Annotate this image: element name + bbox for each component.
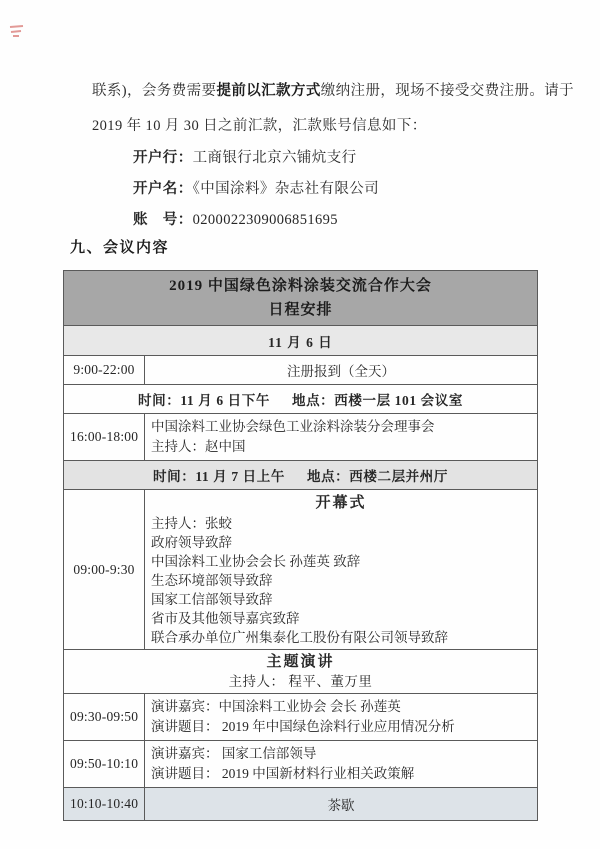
bank-row-account: 账 号：0200022309006851695	[133, 205, 379, 236]
opening-speech-2: 中国涂料工业协会会长 孙莲英 致辞	[151, 552, 531, 571]
document-page: 联系)，会务费需要提前以汇款方式缴纳注册，现场不接受交费注册。请于 2019 年…	[0, 0, 600, 849]
bank-name-label: 开户名：	[133, 181, 193, 197]
opening-host: 主持人：张蛟	[151, 514, 531, 533]
talk2-time: 09:50-10:10	[64, 741, 145, 788]
session2-info-cell: 时间：11 月 7 日上午 地点：西楼二层并州厅	[64, 461, 538, 490]
council-cell: 中国涂料工业协会绿色工业涂料涂装分会理事会 主持人：赵中国	[145, 414, 538, 461]
bank-branch-value: 工商银行北京六铺炕支行	[193, 150, 357, 166]
talk2-cell: 演讲嘉宾： 国家工信部领导 演讲题目： 2019 中国新材料行业相关政策解	[145, 741, 538, 788]
bank-row-branch: 开户行：工商银行北京六铺炕支行	[133, 143, 379, 174]
conference-title: 2019 中国绿色涂料涂装交流合作大会	[70, 274, 531, 298]
session1-info-cell: 时间：11 月 6 日下午 地点：西楼一层 101 会议室	[64, 385, 538, 414]
session1-place-label: 地点：西楼一层 101 会议室	[292, 389, 463, 409]
opening-speech-5: 省市及其他领导嘉宾致辞	[151, 609, 531, 628]
agenda-subtitle: 日程安排	[70, 298, 531, 322]
intro-paragraph: 联系)，会务费需要提前以汇款方式缴纳注册，现场不接受交费注册。请于 2019 年…	[92, 74, 562, 144]
session2-place-label: 地点：西楼二层并州厅	[307, 465, 448, 485]
intro-line1-post: 缴纳注册，现场不接受交费注册。请于	[321, 83, 574, 99]
opening-cell: 开幕式 主持人：张蛟 政府领导致辞 中国涂料工业协会会长 孙莲英 致辞 生态环境…	[145, 490, 538, 650]
keynote-header-cell: 主题演讲 主持人： 程平、董万里	[64, 650, 538, 694]
intro-line1-pre: 联系)，会务费需要	[92, 83, 216, 99]
talk2-speaker: 演讲嘉宾： 国家工信部领导	[151, 744, 531, 764]
table-title-row: 2019 中国绿色涂料涂装交流合作大会 日程安排	[64, 271, 538, 326]
session2-time-label: 时间：11 月 7 日上午	[153, 465, 285, 485]
section-heading-meeting-content: 九、会议内容	[70, 236, 169, 257]
bank-account-label: 账 号：	[133, 212, 193, 228]
registration-time: 9:00-22:00	[64, 356, 145, 385]
opening-ceremony-row: 09:00-9:30 开幕式 主持人：张蛟 政府领导致辞 中国涂料工业协会会长 …	[64, 490, 538, 650]
intro-line-1: 联系)，会务费需要提前以汇款方式缴纳注册，现场不接受交费注册。请于	[92, 74, 562, 109]
opening-speech-1: 政府领导致辞	[151, 533, 531, 552]
council-meeting-row: 16:00-18:00 中国涂料工业协会绿色工业涂料涂装分会理事会 主持人：赵中…	[64, 414, 538, 461]
talk2-topic: 演讲题目： 2019 中国新材料行业相关政策解	[151, 764, 531, 784]
opening-time: 09:00-9:30	[64, 490, 145, 650]
registration-event: 注册报到（全天）	[145, 356, 538, 385]
tea-break-event: 茶歇	[145, 788, 538, 821]
opening-title: 开幕式	[151, 492, 531, 514]
council-host: 主持人：赵中国	[151, 437, 531, 457]
talk1-time: 09:30-09:50	[64, 694, 145, 741]
opening-speech-3: 生态环境部领导致辞	[151, 571, 531, 590]
bank-branch-label: 开户行：	[133, 150, 193, 166]
talk-row-1: 09:30-09:50 演讲嘉宾：中国涂料工业协会 会长 孙莲英 演讲题目： 2…	[64, 694, 538, 741]
keynote-header-row: 主题演讲 主持人： 程平、董万里	[64, 650, 538, 694]
talk1-cell: 演讲嘉宾：中国涂料工业协会 会长 孙莲英 演讲题目： 2019 年中国绿色涂料行…	[145, 694, 538, 741]
keynote-host: 主持人： 程平、董万里	[70, 673, 531, 691]
intro-line-2: 2019 年 10 月 30 日之前汇款，汇款账号信息如下：	[92, 109, 562, 144]
bank-account-number: 0200022309006851695	[193, 212, 338, 228]
talk1-speaker: 演讲嘉宾：中国涂料工业协会 会长 孙莲英	[151, 697, 531, 717]
keynote-title: 主题演讲	[70, 652, 531, 673]
red-stamp-mark	[8, 24, 26, 40]
registration-row: 9:00-22:00 注册报到（全天）	[64, 356, 538, 385]
session1-time-label: 时间：11 月 6 日下午	[138, 389, 270, 409]
session2-info-row: 时间：11 月 7 日上午 地点：西楼二层并州厅	[64, 461, 538, 490]
opening-speech-6: 联合承办单位广州集泰化工股份有限公司领导致辞	[151, 628, 531, 647]
date-header-nov6: 11 月 6 日	[64, 326, 538, 356]
table-title-cell: 2019 中国绿色涂料涂装交流合作大会 日程安排	[64, 271, 538, 326]
council-title: 中国涂料工业协会绿色工业涂料涂装分会理事会	[151, 417, 531, 437]
bank-row-name: 开户名：《中国涂料》杂志社有限公司	[133, 174, 379, 205]
talk1-topic: 演讲题目： 2019 年中国绿色涂料行业应用情况分析	[151, 717, 531, 737]
bank-info-block: 开户行：工商银行北京六铺炕支行 开户名：《中国涂料》杂志社有限公司 账 号：02…	[133, 143, 379, 236]
session1-info-row: 时间：11 月 6 日下午 地点：西楼一层 101 会议室	[64, 385, 538, 414]
schedule-table: 2019 中国绿色涂料涂装交流合作大会 日程安排 11 月 6 日 9:00-2…	[63, 270, 538, 821]
tea-break-time: 10:10-10:40	[64, 788, 145, 821]
talk-row-2: 09:50-10:10 演讲嘉宾： 国家工信部领导 演讲题目： 2019 中国新…	[64, 741, 538, 788]
intro-line1-bold: 提前以汇款方式	[216, 83, 320, 99]
opening-speech-4: 国家工信部领导致辞	[151, 590, 531, 609]
council-time: 16:00-18:00	[64, 414, 145, 461]
bank-name-value: 《中国涂料》杂志社有限公司	[193, 181, 379, 197]
tea-break-row: 10:10-10:40 茶歇	[64, 788, 538, 821]
date-header-row: 11 月 6 日	[64, 326, 538, 356]
